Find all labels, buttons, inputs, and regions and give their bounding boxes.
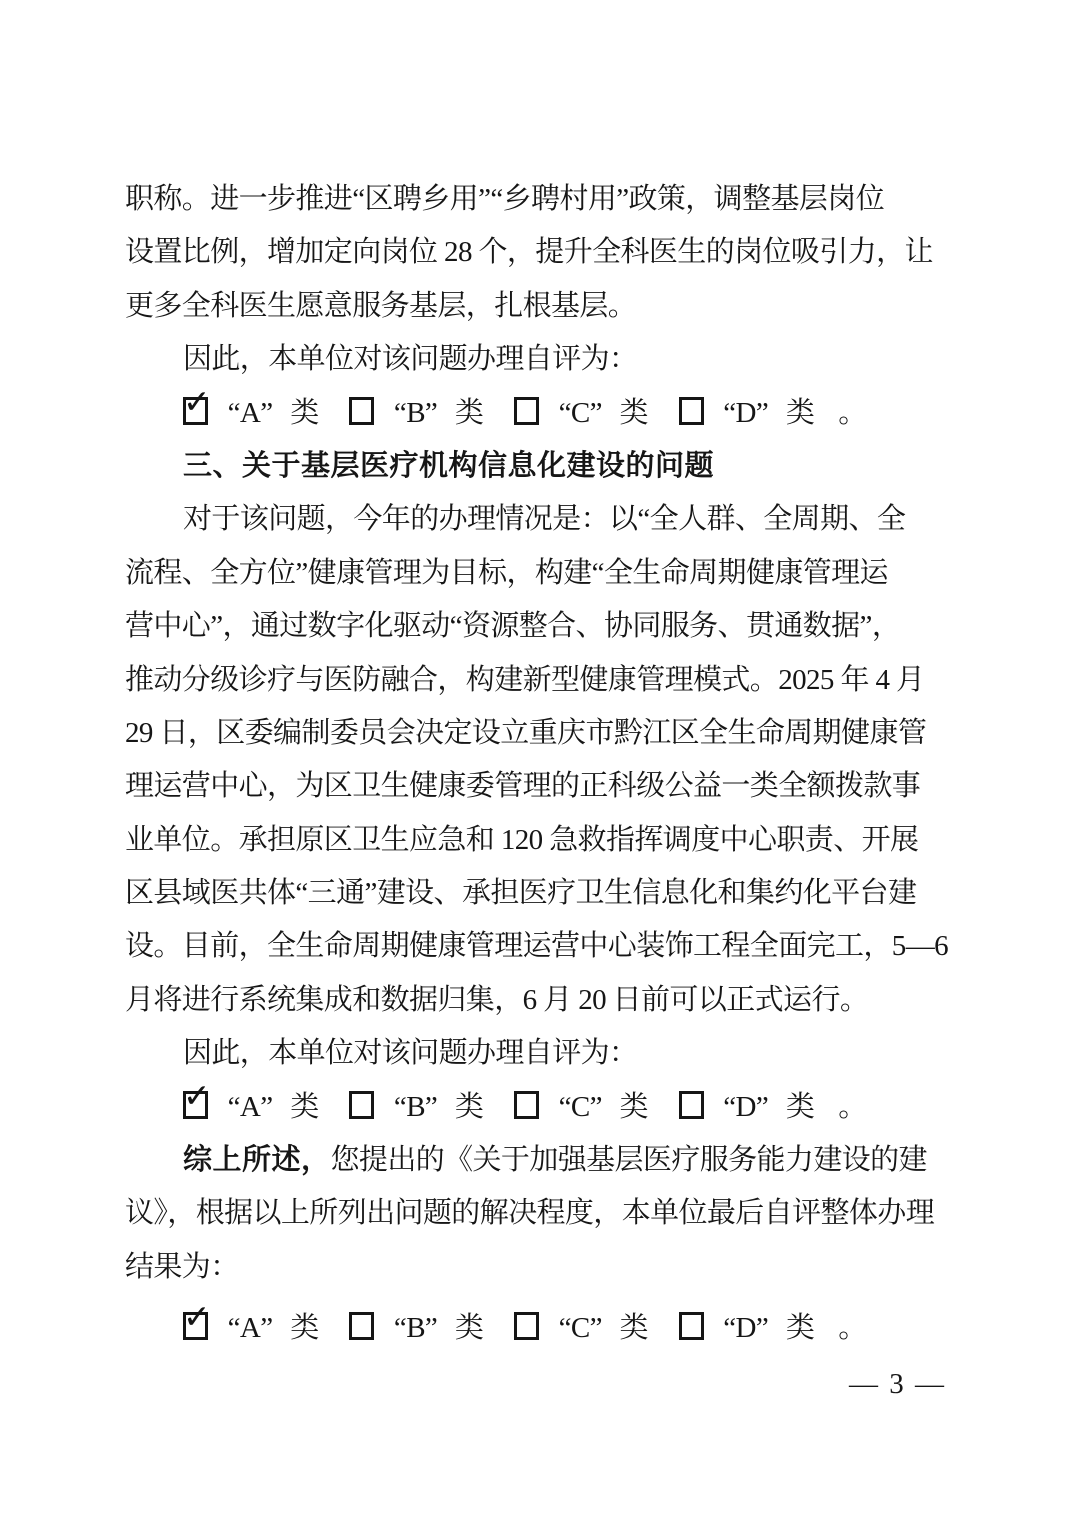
rating-terminator: 。 <box>838 397 866 429</box>
rating-option-b: “B” 类 <box>349 387 483 440</box>
body-line: 营中心”，通过数字化驱动“资源整合、协同服务、贯通数据”， <box>125 600 957 653</box>
body-line: 设置比例，增加定向岗位 28 个，提升全科医生的岗位吸引力，让 <box>125 226 957 279</box>
self-rating-row-2: ✓ “A” 类 “B” 类 “C” 类 “D” 类 。 <box>125 1081 957 1134</box>
rating-letter: “B” <box>394 1312 437 1344</box>
rating-option-b: “B” 类 <box>349 1302 483 1355</box>
rating-option-b: “B” 类 <box>349 1081 483 1134</box>
rating-suffix: 类 <box>290 397 318 429</box>
body-line: 更多全科医生愿意服务基层，扎根基层。 <box>125 280 957 333</box>
rating-letter: “C” <box>559 1091 602 1123</box>
summary-lead-rest: 您提出的《关于加强基层医疗服务能力建设的建 <box>331 1144 927 1176</box>
rating-suffix: 类 <box>786 1312 814 1344</box>
rating-letter: “C” <box>559 397 602 429</box>
checkbox-d-unchecked-icon[interactable] <box>679 1091 704 1119</box>
body-line: 29 日，区委编制委员会决定设立重庆市黔江区全生命周期健康管 <box>125 707 957 760</box>
rating-letter: “A” <box>228 1312 273 1344</box>
rating-option-a: ✓ “A” 类 <box>183 387 319 440</box>
self-rating-row-final: ✓ “A” 类 “B” 类 “C” 类 “D” 类 。 <box>125 1302 957 1355</box>
document-page: 职称。进一步推进“区聘乡用”“乡聘村用”政策，调整基层岗位 设置比例，增加定向岗… <box>0 0 1074 1520</box>
rating-suffix: 类 <box>620 1312 648 1344</box>
rating-suffix: 类 <box>290 1312 318 1344</box>
body-line: 推动分级诊疗与医防融合，构建新型健康管理模式。2025 年 4 月 <box>125 654 957 707</box>
checkbox-a-checked-icon[interactable]: ✓ <box>183 1091 208 1119</box>
body-line: 理运营中心，为区卫生健康委管理的正科级公益一类全额拨款事 <box>125 760 957 813</box>
rating-option-a: ✓ “A” 类 <box>183 1081 319 1134</box>
summary-lead: 综上所述， <box>183 1144 331 1176</box>
body-line: 职称。进一步推进“区聘乡用”“乡聘村用”政策，调整基层岗位 <box>125 173 957 226</box>
checkbox-b-unchecked-icon[interactable] <box>349 397 374 425</box>
rating-letter: “C” <box>559 1312 602 1344</box>
rating-terminator: 。 <box>838 1312 866 1344</box>
rating-option-d: “D” 类 <box>679 1302 815 1355</box>
rating-letter: “D” <box>723 1312 768 1344</box>
rating-terminator: 。 <box>838 1091 866 1123</box>
checkbox-b-unchecked-icon[interactable] <box>349 1091 374 1119</box>
rating-letter: “B” <box>394 397 437 429</box>
rating-suffix: 类 <box>620 397 648 429</box>
page-number: — 3 — <box>849 1368 946 1401</box>
checkbox-c-unchecked-icon[interactable] <box>514 1312 539 1340</box>
check-icon: ✓ <box>183 385 210 418</box>
body-line: 月将进行系统集成和数据归集，6 月 20 日前可以正式运行。 <box>125 974 957 1027</box>
rating-suffix: 类 <box>455 1091 483 1123</box>
rating-letter: “B” <box>394 1091 437 1123</box>
checkbox-c-unchecked-icon[interactable] <box>514 1091 539 1119</box>
check-icon: ✓ <box>183 1079 210 1112</box>
body-line: 区县域医共体“三通”建设、承担医疗卫生信息化和集约化平台建 <box>125 867 957 920</box>
rating-option-d: “D” 类 <box>679 1081 815 1134</box>
checkbox-d-unchecked-icon[interactable] <box>679 1312 704 1340</box>
rating-option-d: “D” 类 <box>679 387 815 440</box>
body-line: 流程、全方位”健康管理为目标，构建“全生命周期健康管理运 <box>125 547 957 600</box>
rating-letter: “D” <box>723 1091 768 1123</box>
rating-option-a: ✓ “A” 类 <box>183 1302 319 1355</box>
self-eval-intro-2: 因此，本单位对该问题办理自评为： <box>125 1027 957 1080</box>
rating-suffix: 类 <box>786 397 814 429</box>
checkbox-a-checked-icon[interactable]: ✓ <box>183 1312 208 1340</box>
document-body: 职称。进一步推进“区聘乡用”“乡聘村用”政策，调整基层岗位 设置比例，增加定向岗… <box>125 173 957 1356</box>
summary-line-3: 结果为： <box>125 1241 957 1294</box>
rating-option-c: “C” 类 <box>514 1302 648 1355</box>
rating-suffix: 类 <box>455 397 483 429</box>
rating-suffix: 类 <box>620 1091 648 1123</box>
rating-suffix: 类 <box>455 1312 483 1344</box>
self-eval-intro-1: 因此，本单位对该问题办理自评为： <box>125 333 957 386</box>
rating-suffix: 类 <box>786 1091 814 1123</box>
body-line: 对于该问题，今年的办理情况是：以“全人群、全周期、全 <box>125 493 957 546</box>
checkbox-b-unchecked-icon[interactable] <box>349 1312 374 1340</box>
summary-line-2: 议》，根据以上所列出问题的解决程度，本单位最后自评整体办理 <box>125 1187 957 1240</box>
rating-option-c: “C” 类 <box>514 387 648 440</box>
rating-suffix: 类 <box>290 1091 318 1123</box>
checkbox-a-checked-icon[interactable]: ✓ <box>183 397 208 425</box>
body-line: 设。目前，全生命周期健康管理运营中心装饰工程全面完工，5—6 <box>125 920 957 973</box>
checkbox-d-unchecked-icon[interactable] <box>679 397 704 425</box>
section-3-heading: 三、关于基层医疗机构信息化建设的问题 <box>125 440 957 493</box>
summary-line-1: 综上所述，您提出的《关于加强基层医疗服务能力建设的建 <box>125 1134 957 1187</box>
rating-option-c: “C” 类 <box>514 1081 648 1134</box>
rating-letter: “D” <box>723 397 768 429</box>
rating-letter: “A” <box>228 397 273 429</box>
check-icon: ✓ <box>183 1300 210 1333</box>
body-line: 业单位。承担原区卫生应急和 120 急救指挥调度中心职责、开展 <box>125 814 957 867</box>
rating-letter: “A” <box>228 1091 273 1123</box>
checkbox-c-unchecked-icon[interactable] <box>514 397 539 425</box>
self-rating-row-1: ✓ “A” 类 “B” 类 “C” 类 “D” 类 。 <box>125 387 957 440</box>
